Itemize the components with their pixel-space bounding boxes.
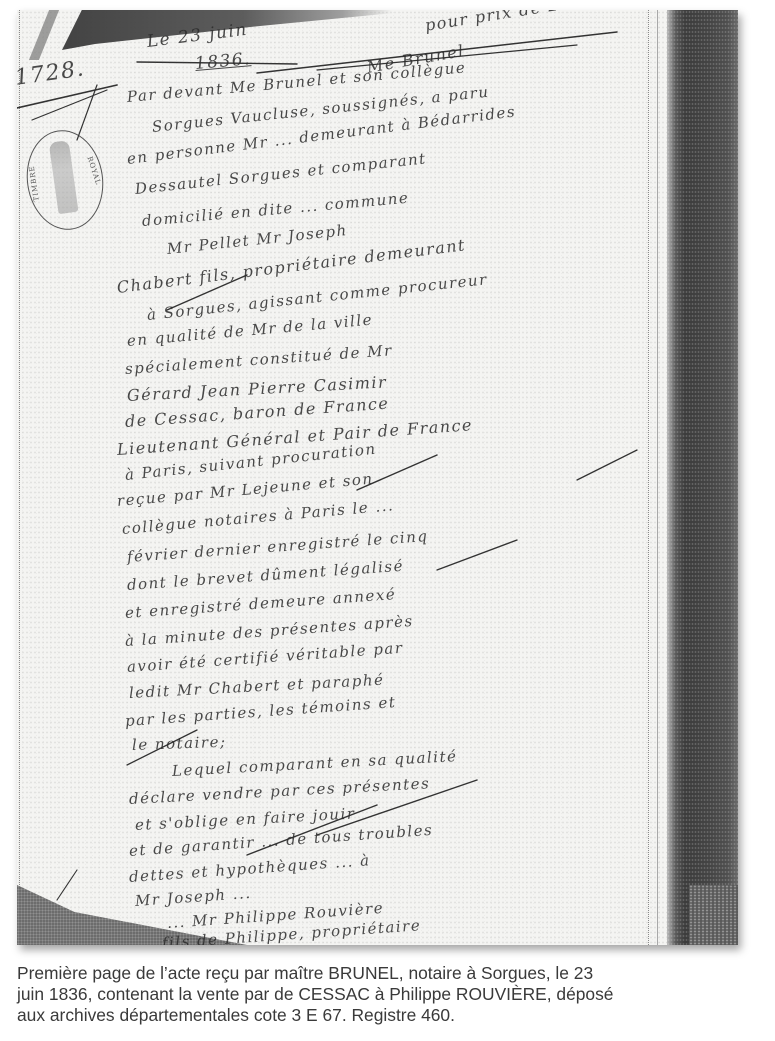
caption-line-2: juin 1836, contenant la vente par de CES…: [17, 984, 757, 1005]
binding-texture: [667, 10, 738, 945]
caption-line-1: Première page de l’acte reçu par maître …: [17, 963, 757, 984]
handwritten-line: le notaire;: [132, 733, 227, 754]
binding-corner-patch: [689, 885, 738, 945]
figure-caption: Première page de l’acte reçu par maître …: [17, 963, 757, 1026]
document-photograph: TIMBRE ROYAL 1728. Le 23 juin 1836. pour…: [17, 10, 738, 945]
caption-line-3: aux archives départementales cote 3 E 67…: [17, 1005, 757, 1026]
